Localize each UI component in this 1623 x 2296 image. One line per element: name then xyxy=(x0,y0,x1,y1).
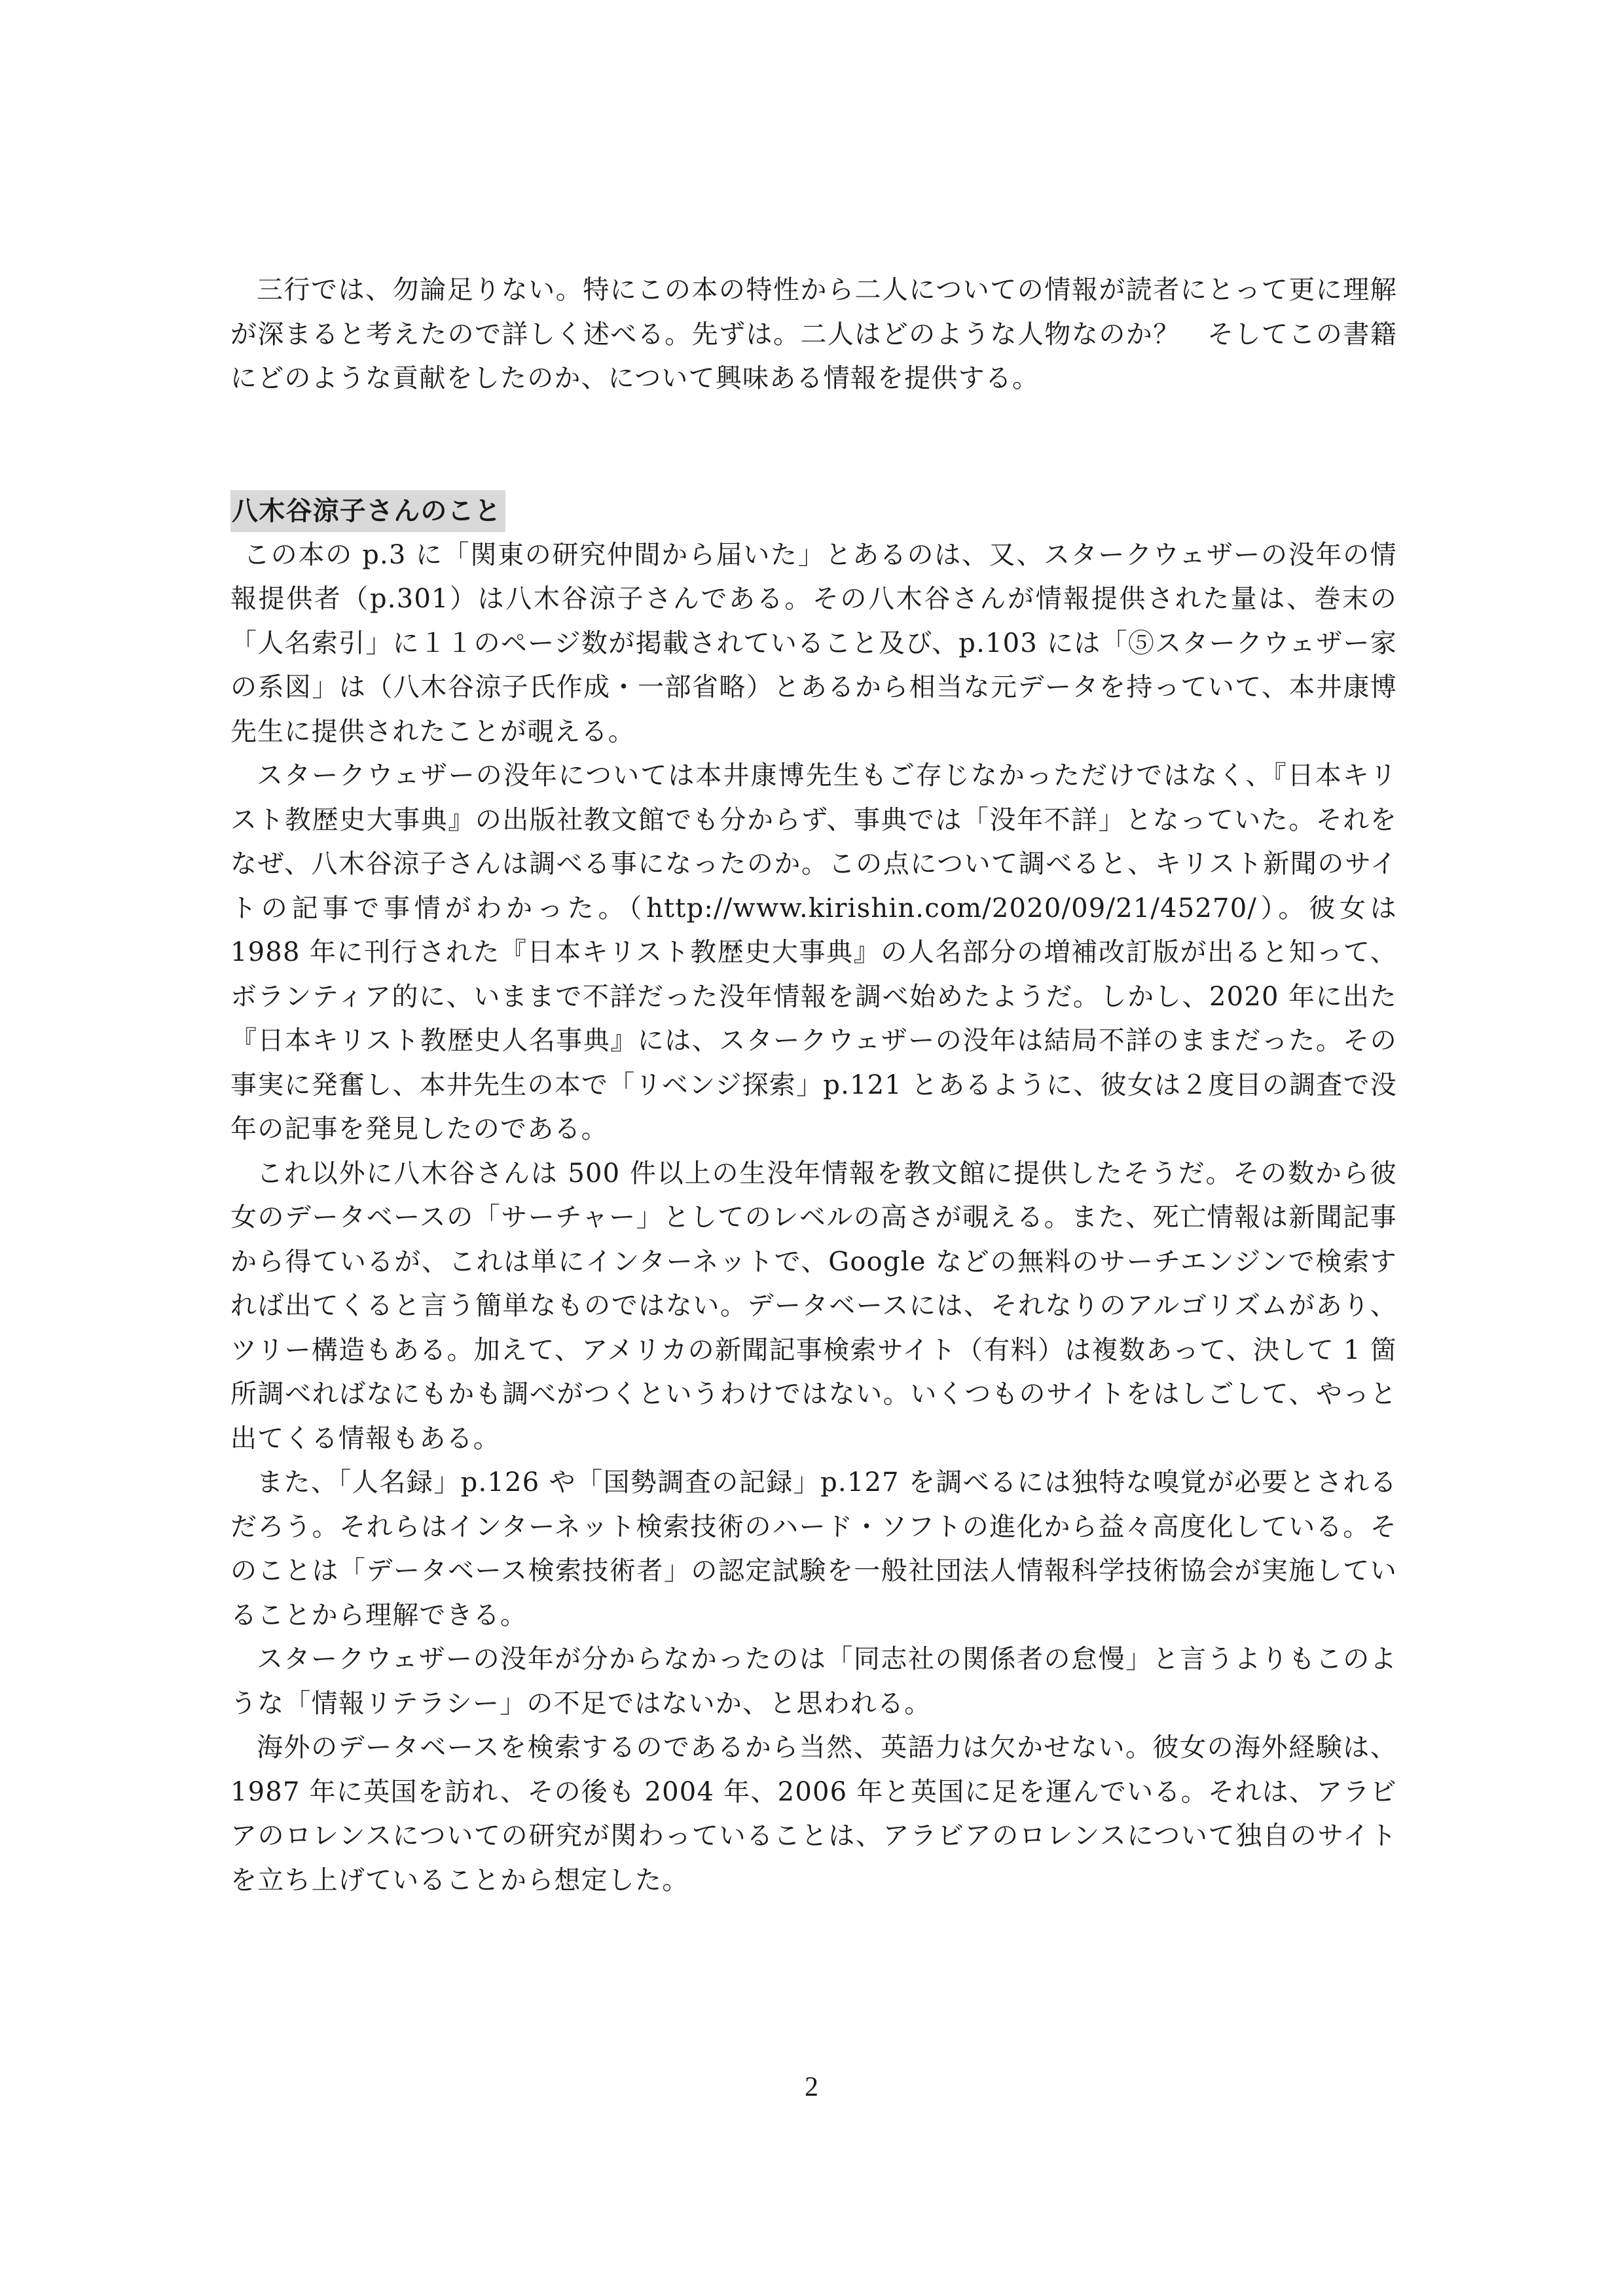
section-heading-row: 八木谷涼子さんのこと xyxy=(230,490,1397,533)
page-number: 2 xyxy=(0,2072,1623,2103)
body-paragraph-2: スタークウェザーの没年については本井康博先生もご存じなかっただけではなく、『日本… xyxy=(230,754,1397,1152)
document-page: 三行では、勿論足りない。特にこの本の特性から二人についての情報が読者にとって更に… xyxy=(230,268,1397,1903)
body-paragraph-4: また、「人名録」p.126 や「国勢調査の記録」p.127 を調べるには独特な嗅… xyxy=(230,1461,1397,1638)
body-paragraph-5: スタークウェザーの没年が分からなかったのは「同志社の関係者の怠慢」と言うよりもこ… xyxy=(230,1638,1397,1726)
section-heading: 八木谷涼子さんのこと xyxy=(230,490,505,532)
section-spacer xyxy=(230,401,1397,490)
intro-paragraph: 三行では、勿論足りない。特にこの本の特性から二人についての情報が読者にとって更に… xyxy=(230,268,1397,401)
body-paragraph-1: この本の p.3 に「関東の研究仲間から届いた」とあるのは、又、スタークウェザー… xyxy=(230,533,1397,755)
body-paragraph-3: これ以外に八木谷さんは 500 件以上の生没年情報を教文館に提供したそうだ。その… xyxy=(230,1152,1397,1462)
body-paragraph-6: 海外のデータベースを検索するのであるから当然、英語力は欠かせない。彼女の海外経験… xyxy=(230,1726,1397,1903)
